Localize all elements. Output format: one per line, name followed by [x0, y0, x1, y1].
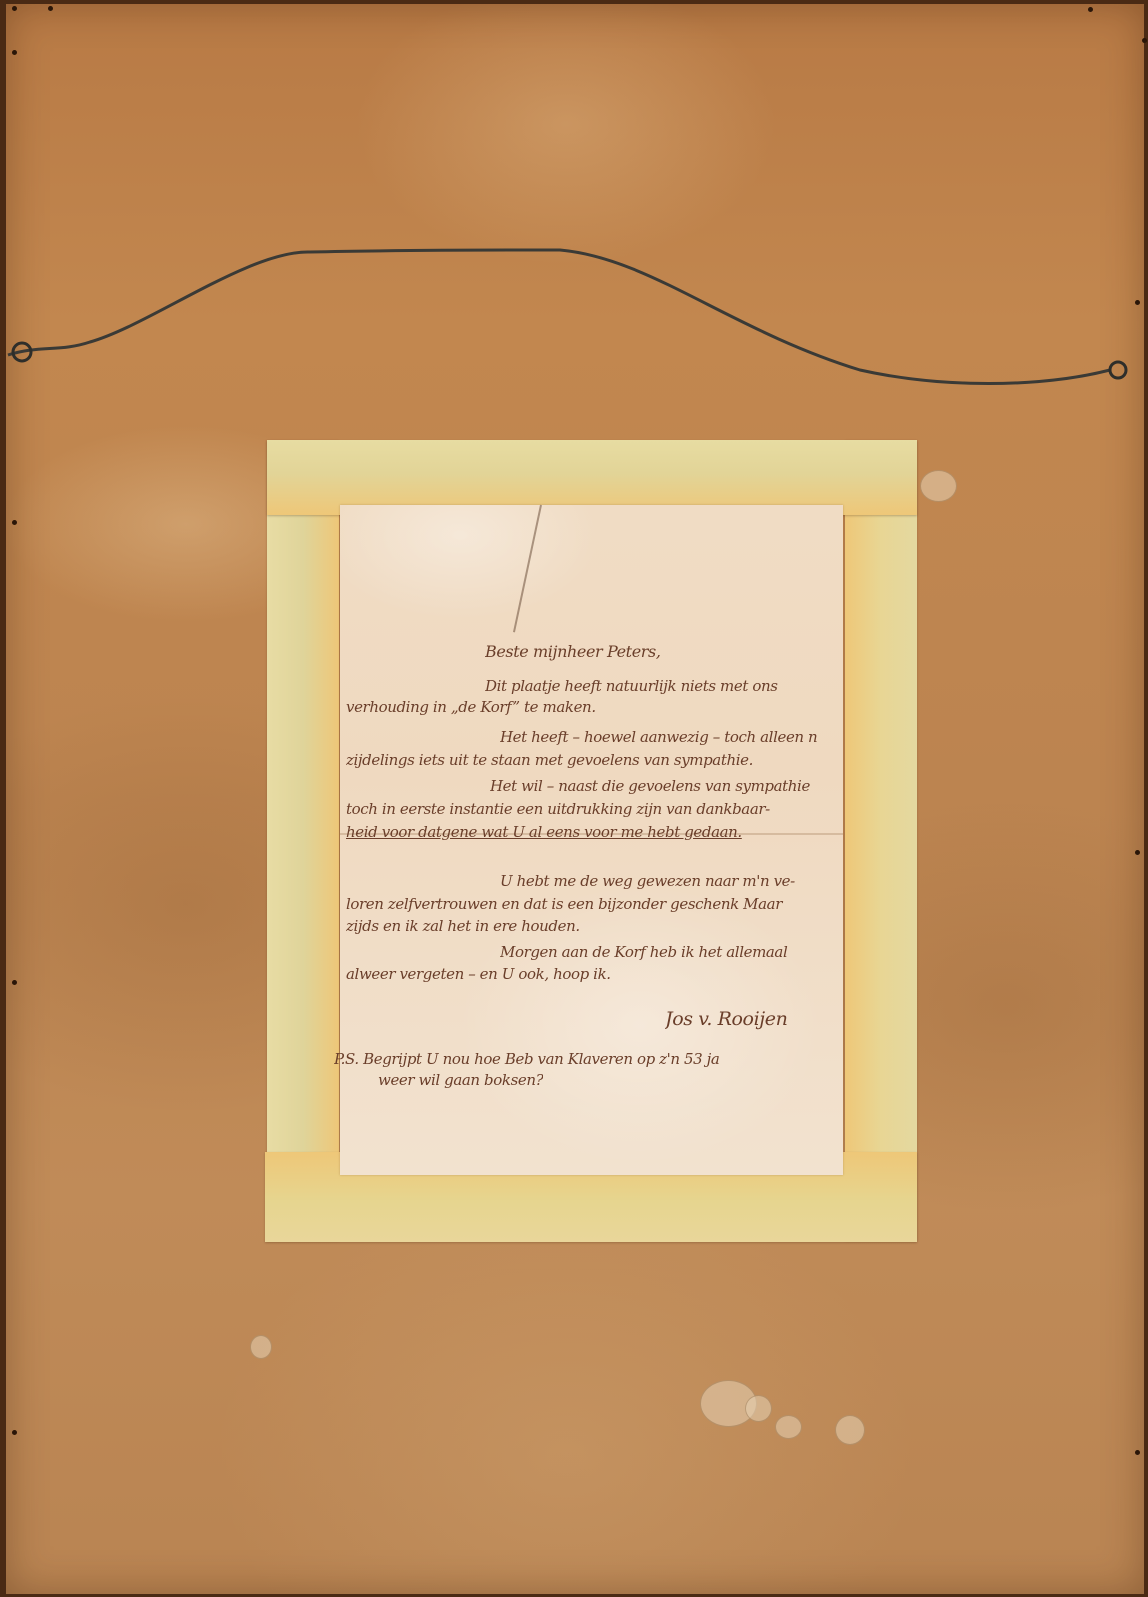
- tape-strip-left: [267, 440, 339, 1240]
- tape-strip-top: [267, 440, 917, 515]
- letter-line: U hebt me de weg gewezen naar m'n ve-: [500, 872, 843, 890]
- letter-line: verhouding in „de Korf” te maken.: [346, 698, 843, 716]
- handwritten-letter: Beste mijnheer Peters, Dit plaatje heeft…: [340, 505, 843, 1175]
- frame-nail: [12, 1430, 17, 1435]
- letter-line: Dit plaatje heeft natuurlijk niets met o…: [485, 677, 843, 695]
- water-stain: [835, 1415, 865, 1445]
- frame-nail: [48, 6, 53, 11]
- letter-salutation: Beste mijnheer Peters,: [485, 642, 661, 661]
- water-stain: [775, 1415, 802, 1439]
- letter-postscript: P.S. Begrijpt U nou hoe Beb van Klaveren…: [334, 1050, 843, 1068]
- letter-line: zijdelings iets uit te staan met gevoele…: [346, 751, 843, 769]
- letter-line: zijds en ik zal het in ere houden.: [346, 917, 843, 935]
- letter-line: toch in eerste instantie een uitdrukking…: [346, 800, 843, 818]
- paper-tear: [513, 505, 542, 633]
- letter-line: Het heeft – hoewel aanwezig – toch allee…: [500, 728, 843, 746]
- water-stain: [745, 1395, 772, 1422]
- letter-line: loren zelfvertrouwen en dat is een bijzo…: [346, 895, 843, 913]
- water-stain: [920, 470, 957, 502]
- frame-nail: [12, 520, 17, 525]
- letter-signature: Jos v. Rooijen: [665, 1008, 787, 1030]
- letter-line: alweer vergeten – en U ook, hoop ik.: [346, 965, 843, 983]
- letter-line: Het wil – naast die gevoelens van sympat…: [490, 777, 843, 795]
- frame-nail: [1135, 1450, 1140, 1455]
- frame-nail: [1142, 38, 1147, 43]
- picture-frame-back: Beste mijnheer Peters, Dit plaatje heeft…: [0, 0, 1148, 1597]
- letter-line: heid voor datgene wat U al eens voor me …: [346, 823, 843, 841]
- tape-strip-right: [845, 440, 917, 1240]
- water-stain: [250, 1335, 272, 1359]
- frame-nail: [1088, 7, 1093, 12]
- frame-nail: [1135, 850, 1140, 855]
- frame-nail: [12, 6, 17, 11]
- frame-nail: [12, 50, 17, 55]
- letter-postscript: weer wil gaan boksen?: [378, 1071, 543, 1089]
- frame-nail: [1135, 300, 1140, 305]
- frame-nail: [12, 980, 17, 985]
- letter-line: Morgen aan de Korf heb ik het allemaal: [500, 943, 843, 961]
